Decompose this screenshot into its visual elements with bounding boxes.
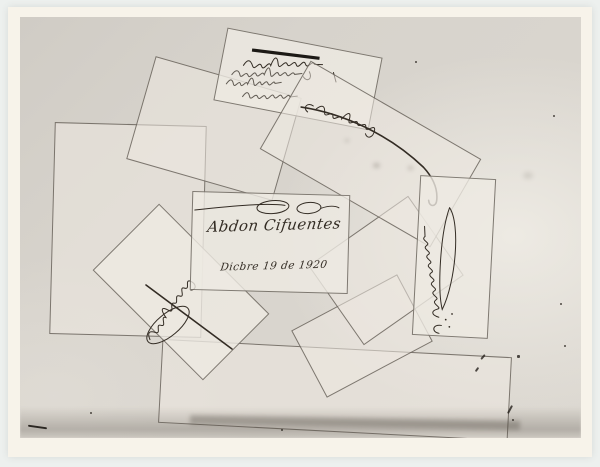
photo-speck — [517, 355, 520, 358]
photo-speck — [281, 429, 283, 431]
photo-paper-border: Abdon Cifuentes Dicbre 19 de 1920 — [8, 7, 592, 457]
card-abdon-cifuentes: Abdon Cifuentes Dicbre 19 de 1920 — [190, 191, 351, 294]
photo-speck — [512, 419, 514, 421]
signature-rubric-flourish — [193, 192, 374, 225]
date-line: Dicbre 19 de 1920 — [220, 259, 329, 274]
thick-underline — [252, 48, 320, 59]
photograph: Abdon Cifuentes Dicbre 19 de 1920 — [20, 17, 581, 438]
photo-smudge — [523, 172, 533, 179]
vertical-signature-handwriting — [413, 176, 495, 338]
photo-smudge — [408, 166, 413, 170]
photo-speck — [564, 345, 566, 347]
photo-speck — [415, 61, 417, 63]
photo-smudge — [373, 163, 380, 168]
card-vertical-signature — [412, 175, 496, 339]
photo-smudge — [345, 139, 349, 142]
photo-speck — [560, 303, 562, 305]
photo-speck — [90, 412, 92, 414]
photograph-scan: Abdon Cifuentes Dicbre 19 de 1920 — [0, 0, 600, 467]
photo-speck — [553, 115, 555, 117]
